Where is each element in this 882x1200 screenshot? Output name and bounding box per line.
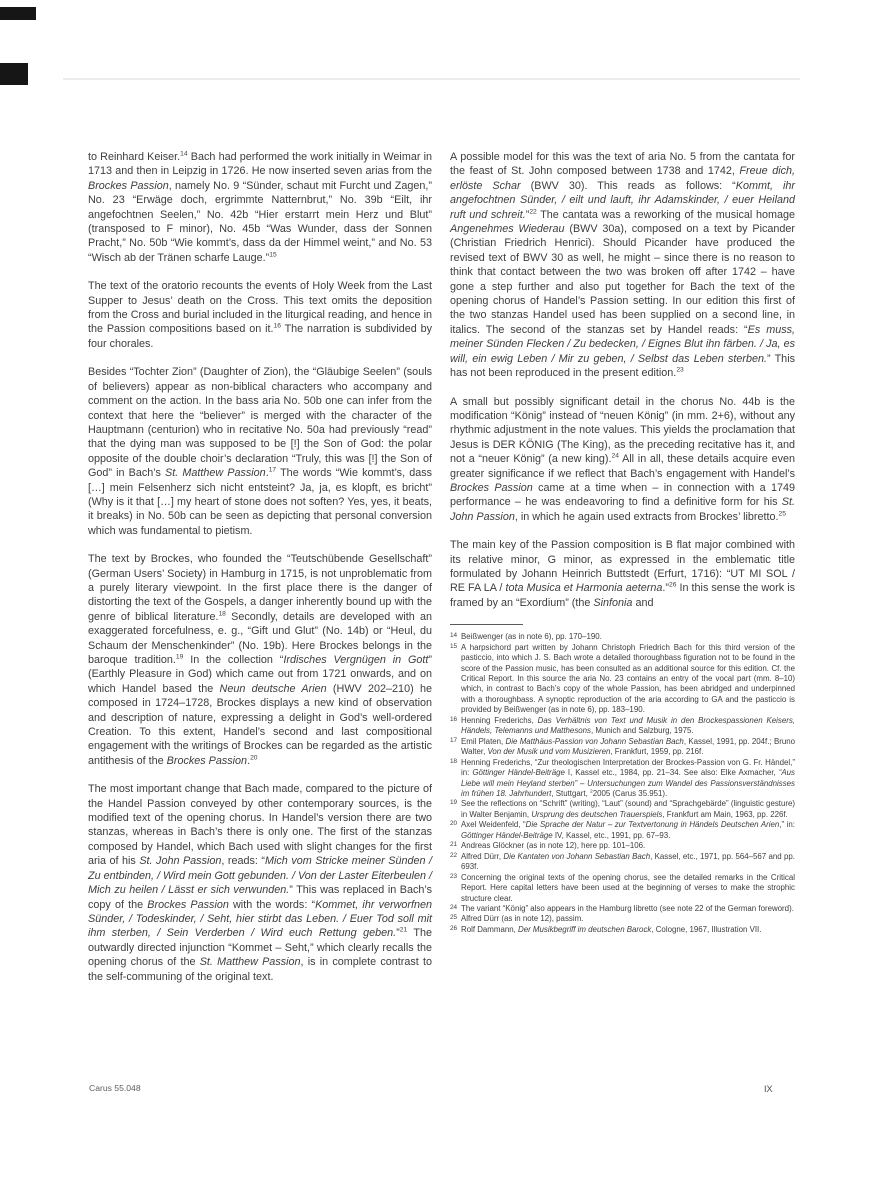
footnote-number: 15 — [450, 642, 457, 652]
footnote-item: 17 Emil Platen, Die Matthäus-Passion von… — [450, 737, 795, 758]
paragraph-main-key: The main key of the Passion composition … — [450, 538, 795, 610]
footnote-number: 14 — [450, 631, 457, 641]
footnote-item: 15 A harpsichord part written by Johann … — [450, 643, 795, 716]
paragraph-keiser-arias: to Reinhard Keiser.14 Bach had performed… — [88, 150, 432, 265]
footnote-number: 25 — [450, 913, 457, 923]
footnote-item: 26 Rolf Dammann, Der Musikbegriff im deu… — [450, 925, 795, 935]
footnote-number: 17 — [450, 736, 457, 746]
scan-artifact-mark-top — [0, 7, 36, 20]
footnote-text: The variant “König” also appears in the … — [461, 904, 794, 913]
paragraph-cantata-model: A possible model for this was the text o… — [450, 150, 795, 381]
footnote-text: Rolf Dammann, Der Musikbegriff im deutsc… — [461, 925, 761, 934]
footnote-text: Emil Platen, Die Matthäus-Passion von Jo… — [461, 737, 795, 756]
scan-shadow-line — [63, 78, 800, 80]
footnote-item: 23 Concerning the original texts of the … — [450, 873, 795, 904]
footnote-item: 16 Henning Frederichs, Das Verhältnis vo… — [450, 716, 795, 737]
paragraph-tochter-zion: Besides “Tochter Zion” (Daughter of Zion… — [88, 365, 432, 538]
footnote-text: Henning Frederichs, Das Verhältnis von T… — [461, 716, 795, 735]
footnote-text: Andreas Glöckner (as in note 12), here p… — [461, 841, 645, 850]
footnote-number: 16 — [450, 715, 457, 725]
footnote-text: Henning Frederichs, “Zur theologischen I… — [461, 758, 795, 798]
footnote-item: 20 Axel Weidenfeld, “Die Sprache der Nat… — [450, 820, 795, 841]
footnote-number: 23 — [450, 872, 457, 882]
paragraph-opening-chorus: The most important change that Bach made… — [88, 782, 432, 984]
footnote-text: Concerning the original texts of the ope… — [461, 873, 795, 903]
footnote-number: 22 — [450, 851, 457, 861]
footnote-number: 21 — [450, 840, 457, 850]
footnote-item: 24 The variant “König” also appears in t… — [450, 904, 795, 914]
paragraph-koenig-detail: A small but possibly significant detail … — [450, 395, 795, 525]
footnote-text: Beißwenger (as in note 6), pp. 170–190. — [461, 632, 602, 641]
footnote-item: 14 Beißwenger (as in note 6), pp. 170–19… — [450, 632, 795, 642]
footnote-text: Axel Weidenfeld, “Die Sprache der Natur … — [461, 820, 795, 839]
paragraph-brockes-text: The text by Brockes, who founded the “Te… — [88, 552, 432, 768]
footnote-divider — [450, 624, 523, 625]
footnote-number: 26 — [450, 924, 457, 934]
catalog-number: Carus 55.048 — [89, 1083, 141, 1093]
footnote-text: See the reflections on “Schrift” (writin… — [461, 799, 795, 818]
footnote-text: Alfred Dürr, Die Kantaten von Johann Seb… — [461, 852, 795, 871]
footnote-item: 18 Henning Frederichs, “Zur theologische… — [450, 758, 795, 800]
paragraph-oratorio-text: The text of the oratorio recounts the ev… — [88, 279, 432, 351]
footnote-list: 14 Beißwenger (as in note 6), pp. 170–19… — [450, 632, 795, 935]
footnote-number: 20 — [450, 819, 457, 829]
footnote-item: 22 Alfred Dürr, Die Kantaten von Johann … — [450, 852, 795, 873]
footnote-item: 21 Andreas Glöckner (as in note 12), her… — [450, 841, 795, 851]
footnote-number: 18 — [450, 757, 457, 767]
footnote-number: 24 — [450, 903, 457, 913]
page-number: IX — [764, 1084, 773, 1094]
footnote-text: Alfred Dürr (as in note 12), passim. — [461, 914, 583, 923]
scan-artifact-mark-bottom — [0, 63, 28, 85]
right-text-column: A possible model for this was the text o… — [450, 150, 795, 935]
footnote-item: 19 See the reflections on “Schrift” (wri… — [450, 799, 795, 820]
left-text-column: to Reinhard Keiser.14 Bach had performed… — [88, 150, 432, 984]
footnote-text: A harpsichord part written by Johann Chr… — [461, 643, 795, 715]
document-page: to Reinhard Keiser.14 Bach had performed… — [0, 0, 882, 1200]
footnote-item: 25 Alfred Dürr (as in note 12), passim. — [450, 914, 795, 924]
footnote-number: 19 — [450, 798, 457, 808]
